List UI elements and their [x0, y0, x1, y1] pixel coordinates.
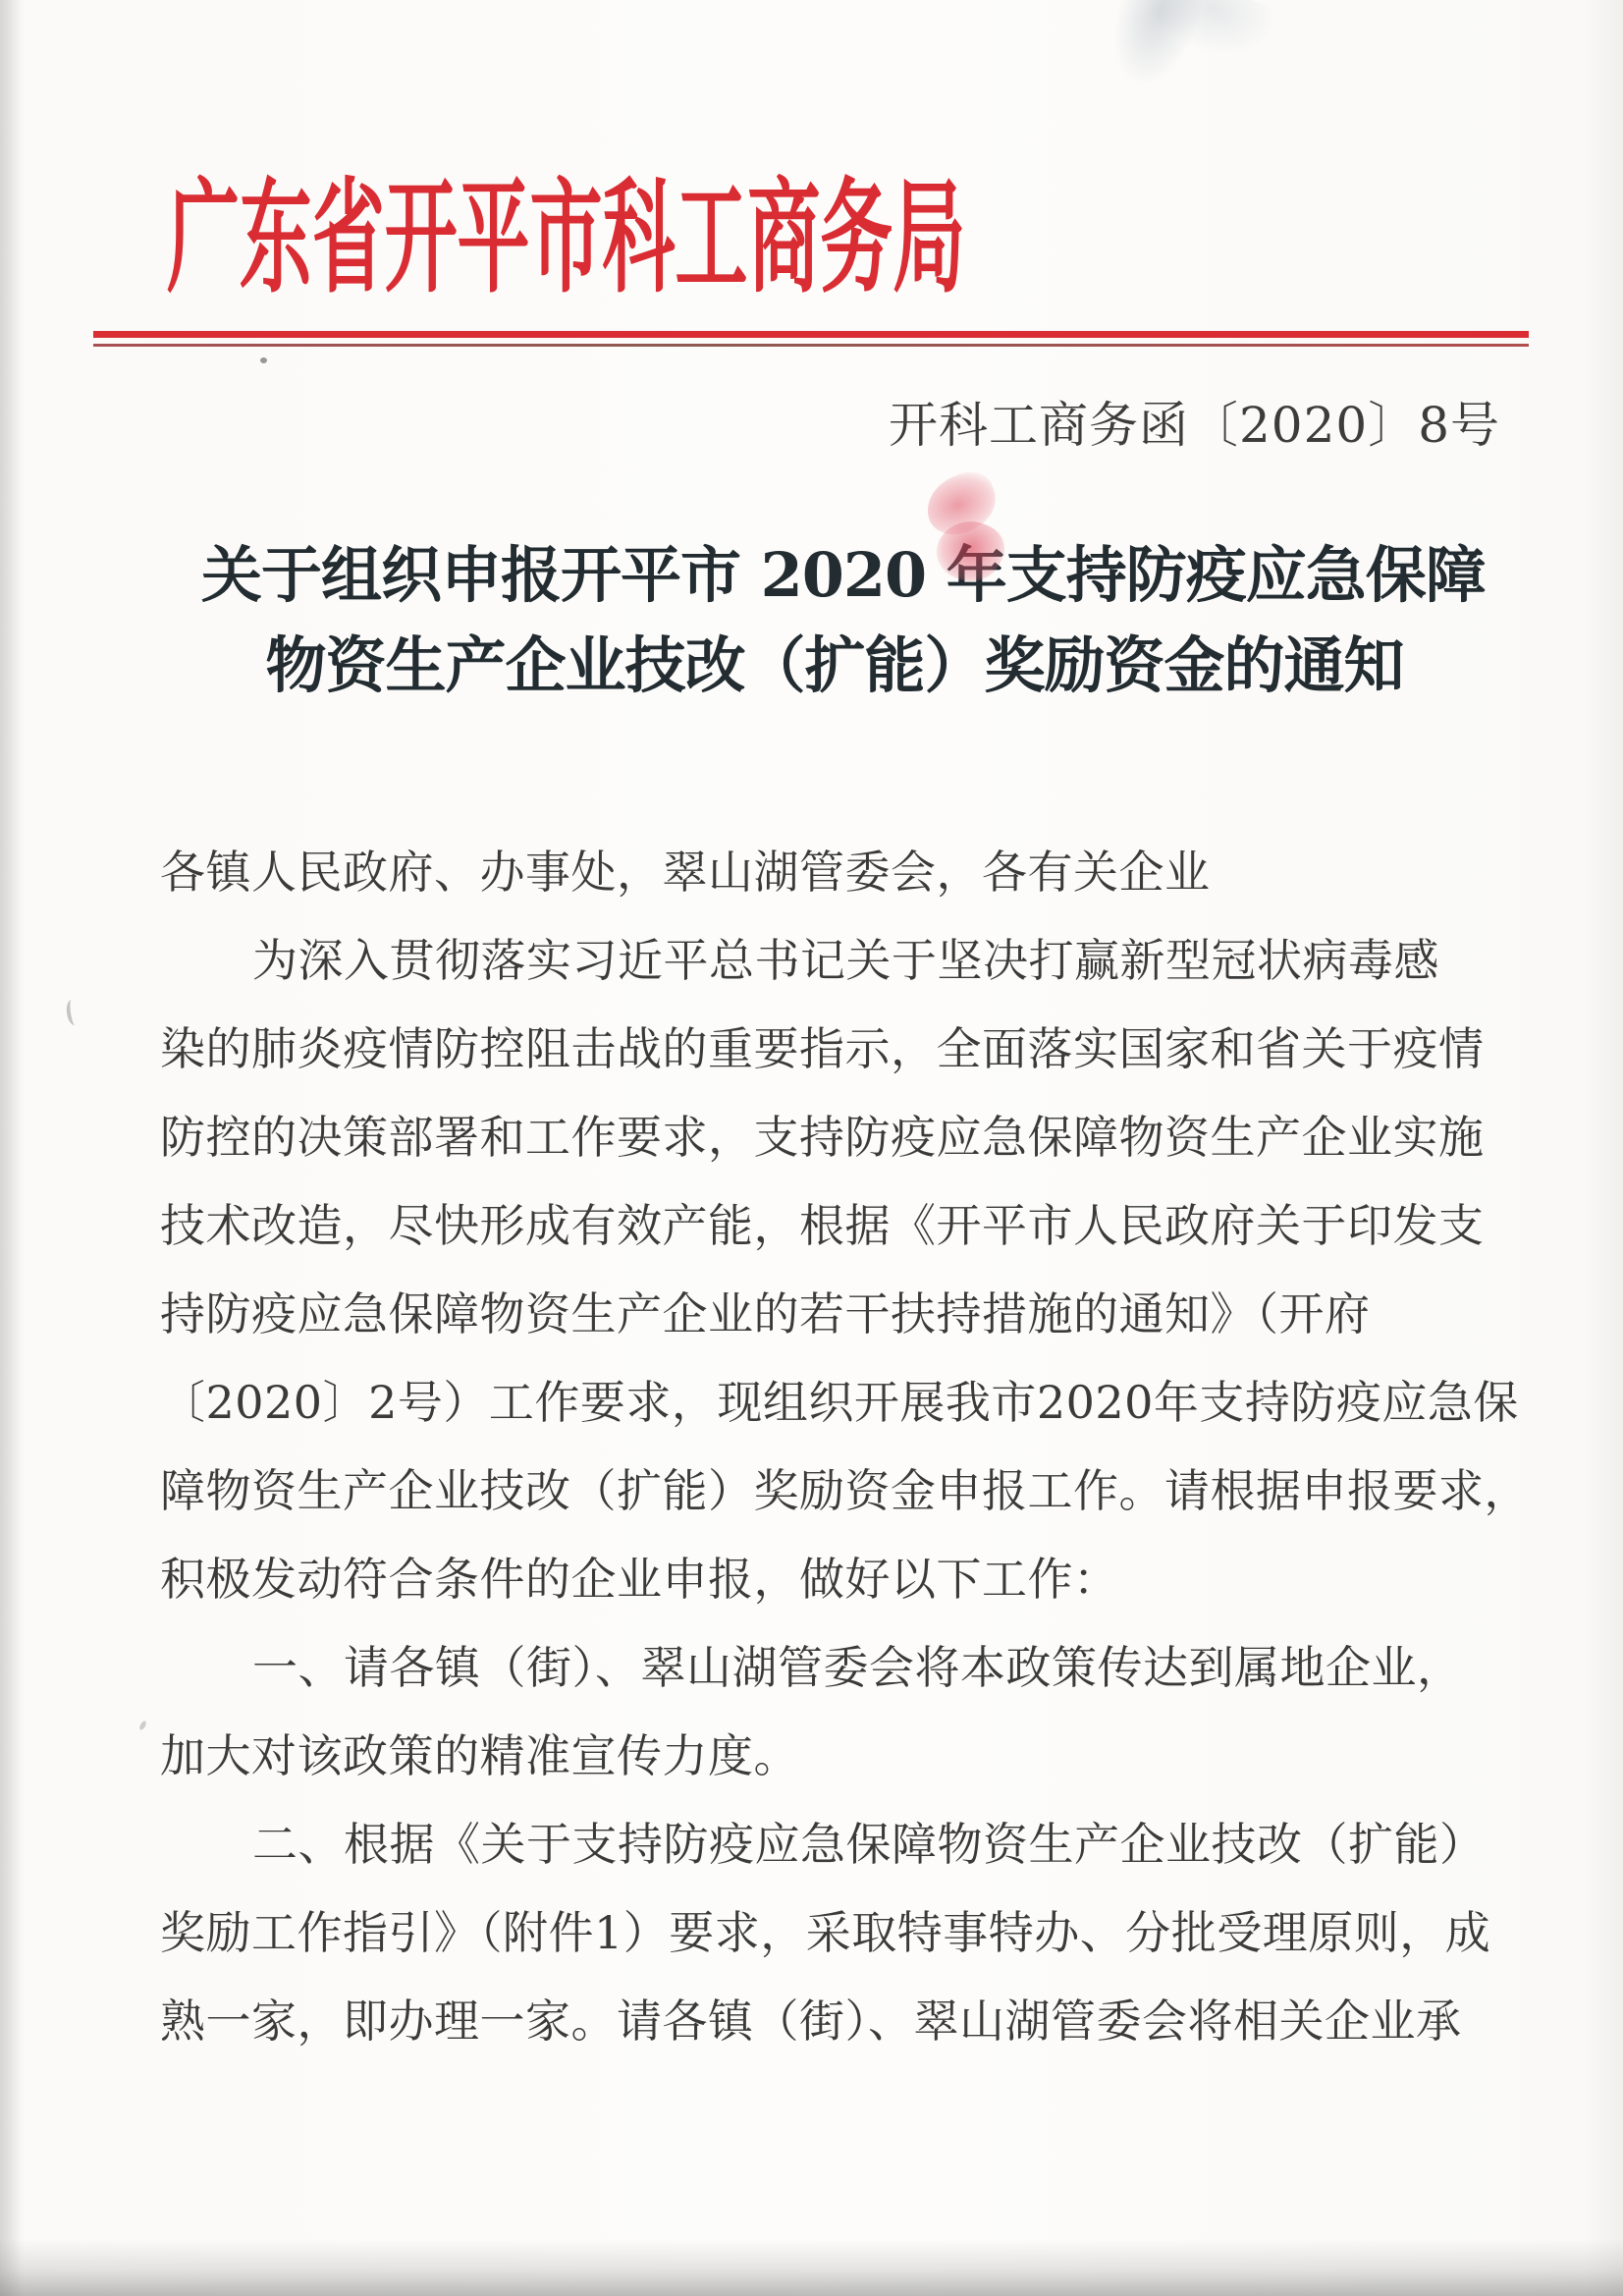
body-text-line: 〔2020〕2号）工作要求，现组织开展我市2020年支持防疫应急保	[160, 1358, 1481, 1447]
notice-title-line-2: 物资生产企业技改（扩能）奖励资金的通知	[201, 621, 1468, 711]
notice-title: 关于组织申报开平市 2020 年支持防疫应急保障 物资生产企业技改（扩能）奖励资…	[201, 530, 1468, 711]
body-text-line: 熟一家，即办理一家。请各镇（街）、翠山湖管委会将相关企业承	[160, 1977, 1481, 2065]
body-text-line: 技术改造，尽快形成有效产能，根据《开平市人民政府关于印发支	[160, 1181, 1481, 1270]
body-text-line: 一、请各镇（街）、翠山湖管委会将本政策传达到属地企业，	[160, 1623, 1481, 1712]
scan-speck	[65, 999, 81, 1026]
scan-speck	[138, 1720, 147, 1730]
body-text-line: 障物资生产企业技改（扩能）奖励资金申报工作。请根据申报要求，	[160, 1447, 1481, 1535]
notice-title-line-1: 关于组织申报开平市 2020 年支持防疫应急保障	[201, 530, 1468, 621]
body-text-line: 奖励工作指引》（附件1）要求，采取特事特办、分批受理原则，成	[160, 1888, 1481, 1977]
letterhead-divider-thick	[93, 331, 1529, 338]
scan-smudge-top-right	[1004, 0, 1293, 154]
body-text-line: 各镇人民政府、办事处，翠山湖管委会，各有关企业	[160, 828, 1481, 916]
body-text-line: 二、根据《关于支持防疫应急保障物资生产企业技改（扩能）	[160, 1800, 1481, 1888]
scan-left-edge-shade	[0, 0, 22, 2296]
scan-speck	[260, 357, 267, 363]
body-text-line: 持防疫应急保障物资生产企业的若干扶持措施的通知》（开府	[160, 1270, 1481, 1358]
document-page: 广东省开平市科工商务局 开科工商务函〔2020〕8号 关于组织申报开平市 202…	[0, 0, 1623, 2296]
body-text-line: 积极发动符合条件的企业申报，做好以下工作：	[160, 1535, 1481, 1623]
red-ink-stain	[908, 469, 1016, 587]
scan-shadow-bottom	[0, 2239, 1623, 2296]
letterhead-divider-thin	[93, 344, 1529, 347]
body-text-line: 加大对该政策的精准宣传力度。	[160, 1712, 1481, 1800]
agency-letterhead-title: 广东省开平市科工商务局	[167, 177, 965, 300]
document-reference-number: 开科工商务函〔2020〕8号	[889, 386, 1500, 457]
body-text-line: 防控的决策部署和工作要求，支持防疫应急保障物资生产企业实施	[160, 1093, 1481, 1181]
body-text-line: 为深入贯彻落实习近平总书记关于坚决打赢新型冠状病毒感	[160, 916, 1481, 1005]
body-text-line: 染的肺炎疫情防控阻击战的重要指示，全面落实国家和省关于疫情	[160, 1005, 1481, 1093]
notice-body-text: 各镇人民政府、办事处，翠山湖管委会，各有关企业为深入贯彻落实习近平总书记关于坚决…	[160, 828, 1481, 2065]
